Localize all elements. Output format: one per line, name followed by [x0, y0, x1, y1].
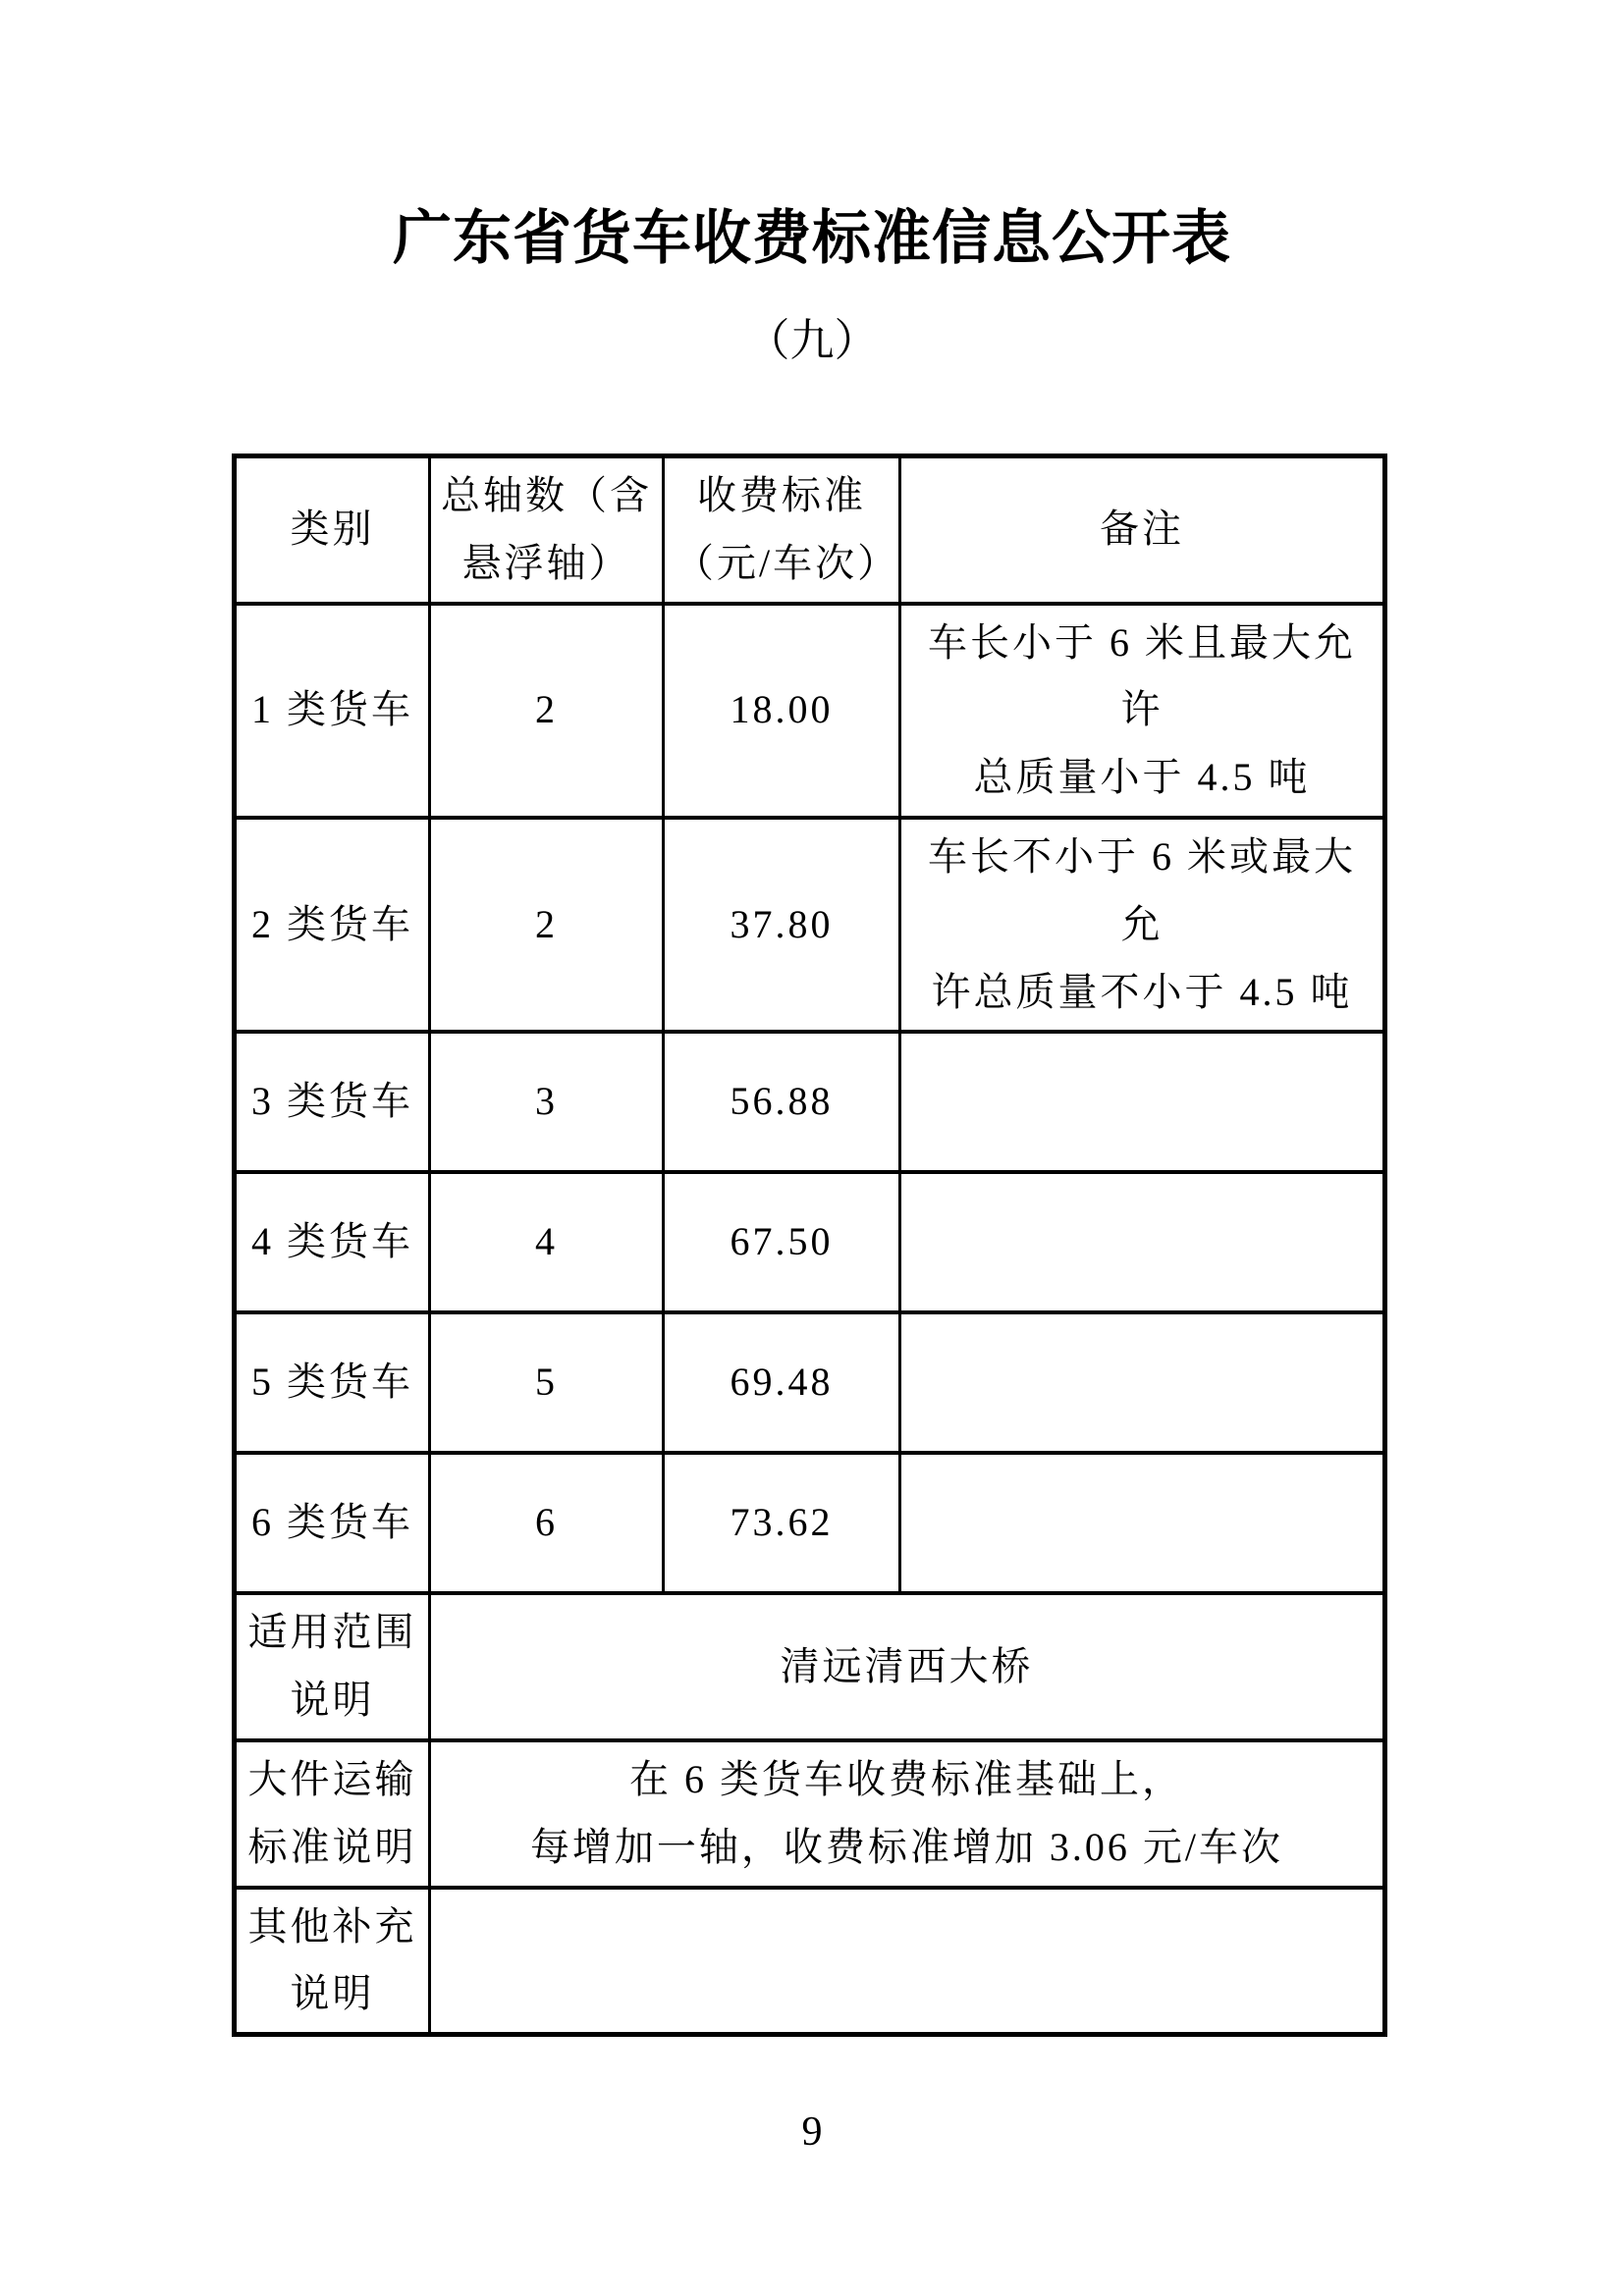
- fee-cell: 73.62: [664, 1453, 900, 1593]
- scope-label-cell: 适用范围 说明: [235, 1593, 430, 1740]
- table-row-class3: 3 类货车 3 56.88: [235, 1032, 1385, 1172]
- header-cell-category: 类别: [235, 456, 430, 604]
- axles-cell: 2: [430, 604, 664, 818]
- header-cell-fee: 收费标准 （元/车次）: [664, 456, 900, 604]
- category-cell: 3 类货车: [235, 1032, 430, 1172]
- oversize-content-cell: 在 6 类货车收费标准基础上， 每增加一轴，收费标准增加 3.06 元/车次: [430, 1740, 1385, 1888]
- category-cell: 4 类货车: [235, 1172, 430, 1312]
- scope-content-cell: 清远清西大桥: [430, 1593, 1385, 1740]
- fee-cell: 56.88: [664, 1032, 900, 1172]
- table-row-class1: 1 类货车 2 18.00 车长小于 6 米且最大允许 总质量小于 4.5 吨: [235, 604, 1385, 818]
- header-cell-axles: 总轴数（含 悬浮轴）: [430, 456, 664, 604]
- fee-cell: 67.50: [664, 1172, 900, 1312]
- fee-cell: 37.80: [664, 818, 900, 1032]
- footer-row-other-notes: 其他补充 说明: [235, 1888, 1385, 2035]
- axles-cell: 3: [430, 1032, 664, 1172]
- other-label-cell: 其他补充 说明: [235, 1888, 430, 2035]
- table-row-class5: 5 类货车 5 69.48: [235, 1312, 1385, 1453]
- toll-standard-table: 类别 总轴数（含 悬浮轴） 收费标准 （元/车次） 备注 1 类货车 2 18.…: [232, 454, 1387, 2037]
- footer-row-scope: 适用范围 说明 清远清西大桥: [235, 1593, 1385, 1740]
- axles-cell: 6: [430, 1453, 664, 1593]
- table-header-row: 类别 总轴数（含 悬浮轴） 收费标准 （元/车次） 备注: [235, 456, 1385, 604]
- remark-cell: 车长不小于 6 米或最大允 许总质量不小于 4.5 吨: [900, 818, 1385, 1032]
- table-row-class6: 6 类货车 6 73.62: [235, 1453, 1385, 1593]
- fee-cell: 69.48: [664, 1312, 900, 1453]
- category-cell: 2 类货车: [235, 818, 430, 1032]
- remark-cell: [900, 1172, 1385, 1312]
- table-row-class2: 2 类货车 2 37.80 车长不小于 6 米或最大允 许总质量不小于 4.5 …: [235, 818, 1385, 1032]
- remark-cell: [900, 1032, 1385, 1172]
- axles-cell: 2: [430, 818, 664, 1032]
- remark-cell: [900, 1312, 1385, 1453]
- fee-cell: 18.00: [664, 604, 900, 818]
- table-row-class4: 4 类货车 4 67.50: [235, 1172, 1385, 1312]
- document-page: 广东省货车收费标准信息公开表 （九） 类别 总轴数（含 悬浮轴） 收费标准 （元…: [0, 0, 1624, 2296]
- page-number: 9: [0, 2109, 1624, 2156]
- remark-cell: 车长小于 6 米且最大允许 总质量小于 4.5 吨: [900, 604, 1385, 818]
- footer-row-oversize-transport: 大件运输 标准说明 在 6 类货车收费标准基础上， 每增加一轴，收费标准增加 3…: [235, 1740, 1385, 1888]
- page-title: 广东省货车收费标准信息公开表: [0, 200, 1624, 277]
- category-cell: 6 类货车: [235, 1453, 430, 1593]
- remark-cell: [900, 1453, 1385, 1593]
- category-cell: 1 类货车: [235, 604, 430, 818]
- category-cell: 5 类货车: [235, 1312, 430, 1453]
- other-content-cell: [430, 1888, 1385, 2035]
- axles-cell: 5: [430, 1312, 664, 1453]
- axles-cell: 4: [430, 1172, 664, 1312]
- page-subtitle: （九）: [0, 312, 1624, 370]
- header-cell-remark: 备注: [900, 456, 1385, 604]
- oversize-label-cell: 大件运输 标准说明: [235, 1740, 430, 1888]
